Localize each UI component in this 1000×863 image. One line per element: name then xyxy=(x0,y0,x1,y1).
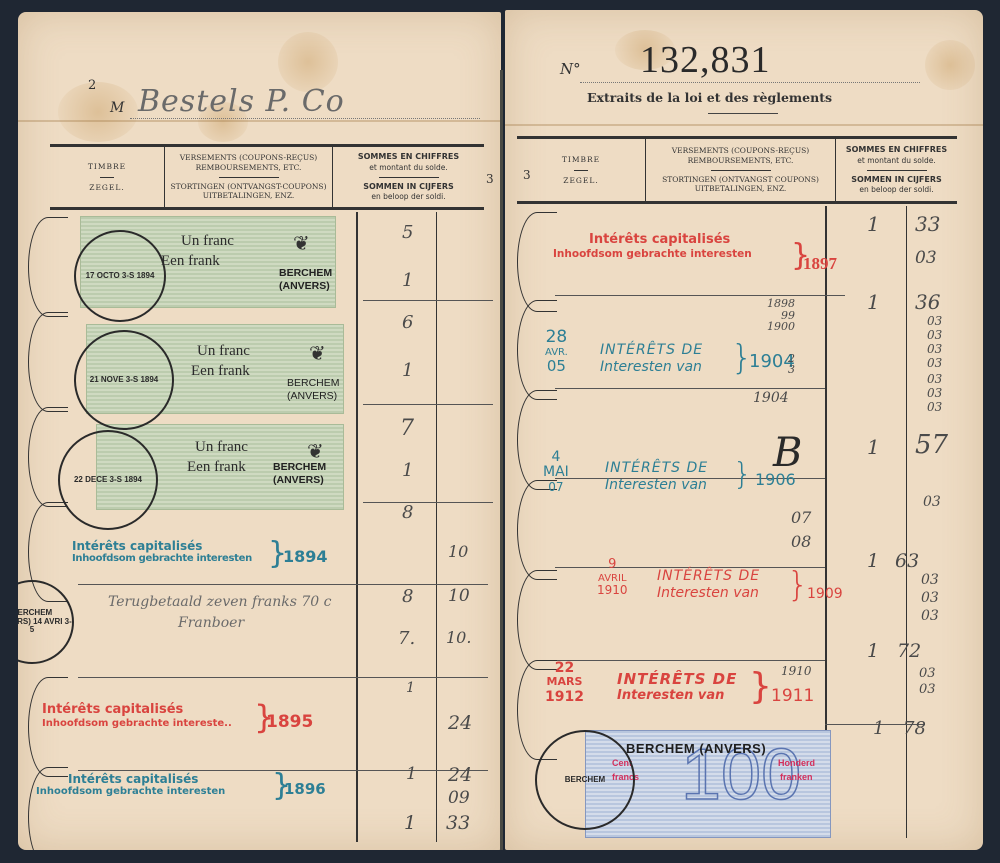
binding-loop xyxy=(517,480,557,580)
holder-prefix: M xyxy=(110,100,124,116)
binding-loop xyxy=(517,212,557,312)
header-sommes: SOMMES EN CHIFFRES et montant du solde. … xyxy=(835,139,957,201)
right-page: N° 132,831 Extraits de la loi et des règ… xyxy=(505,10,983,850)
header-versements: VERSEMENTS (COUPONS-REÇUS) REMBOURSEMENT… xyxy=(645,139,835,201)
number-label: N° xyxy=(560,60,581,78)
left-page: 2 M Bestels P. Co TIMBRE ZEGEL. VERSEMEN… xyxy=(18,12,501,850)
header-timbre: TIMBRE ZEGEL. xyxy=(50,147,164,207)
interest-stamp-1896: Intérêts capitalisés Inhoofdsom gebracht… xyxy=(36,772,225,798)
number-line xyxy=(580,82,920,83)
ornament-icon: ❦ xyxy=(307,439,324,463)
interest-stamp-1897: Intérêts capitalisés Inhoofdsom gebracht… xyxy=(553,232,752,260)
postmark-berchem: BERCHEM xyxy=(535,730,635,830)
year-1894: 1894 xyxy=(283,547,328,566)
interest-stamp-1906: INTÉRÊTS DE Interesten van xyxy=(605,460,708,494)
year-1896: 1896 xyxy=(284,780,326,798)
binding-loop xyxy=(28,217,68,317)
column-divider xyxy=(436,212,437,842)
date-stamp-1905: 28 AVR. 05 xyxy=(545,328,568,374)
column-divider xyxy=(906,206,907,838)
date-stamp-1912: 22 MARS 1912 xyxy=(545,660,584,705)
holder-name-signature: Bestels P. Co xyxy=(138,84,345,119)
date-stamp-1910: 9 AVRIL 1910 xyxy=(597,558,628,598)
year-1895: 1895 xyxy=(266,712,313,732)
postmark-berchem: 17 OCTO 3-S 1894 xyxy=(74,230,166,322)
side-number: 3 xyxy=(486,172,494,186)
year-1911: 1911 xyxy=(771,686,814,706)
binding-loop xyxy=(517,570,557,670)
year-1909: 1909 xyxy=(807,586,843,603)
postmark-berchem: 22 DECE 3-S 1894 xyxy=(58,430,158,530)
ornament-icon: ❦ xyxy=(293,231,310,255)
interest-stamp-1911: INTÉRÊTS DE Interesten van xyxy=(617,670,737,704)
header-timbre: TIMBRE ZEGEL. xyxy=(517,139,645,201)
side-number: 3 xyxy=(523,168,531,182)
column-divider xyxy=(356,212,358,842)
page-fold xyxy=(18,120,501,122)
passbook-number: 132,831 xyxy=(640,38,771,82)
date-stamp-1907: 4 MAI 07 xyxy=(543,450,569,494)
subtitle: Extraits de la loi et des règlements xyxy=(587,90,832,105)
postmark-berchem: 21 NOVE 3-S 1894 xyxy=(74,330,174,430)
header-sommes: SOMMES EN CHIFFRES et montant du solde. … xyxy=(332,147,484,207)
year-1897: 1897 xyxy=(803,254,837,274)
table-header: TIMBRE ZEGEL. VERSEMENTS (COUPONS-REÇUS)… xyxy=(50,144,484,210)
interest-stamp-1895: Intérêts capitalisés Inhoofdsom gebracht… xyxy=(42,702,232,730)
interest-stamp-1894: Intérêts capitalisés Inhoofdsom gebracht… xyxy=(72,539,252,565)
handwritten-repayment-note: Terugbetaald zeven franks 70 c Franboer xyxy=(108,592,331,634)
page-number: 2 xyxy=(88,78,96,93)
table-header: TIMBRE ZEGEL. VERSEMENTS (COUPONS-REÇUS)… xyxy=(517,136,957,204)
interest-stamp-1904: INTÉRÊTS DE Interesten van xyxy=(600,342,703,376)
handwritten-years: 1898 99 1900 2 3 xyxy=(767,298,795,376)
book-spine xyxy=(500,70,503,850)
binding-loop xyxy=(28,312,68,412)
page-fold xyxy=(505,124,983,126)
interest-stamp-1909: INTÉRÊTS DE Interesten van xyxy=(657,568,760,602)
header-versements: VERSEMENTS (COUPONS-REÇUS) REMBOURSEMENT… xyxy=(164,147,332,207)
year-1906: 1906 xyxy=(755,470,796,489)
ornament-icon: ❦ xyxy=(309,341,326,365)
